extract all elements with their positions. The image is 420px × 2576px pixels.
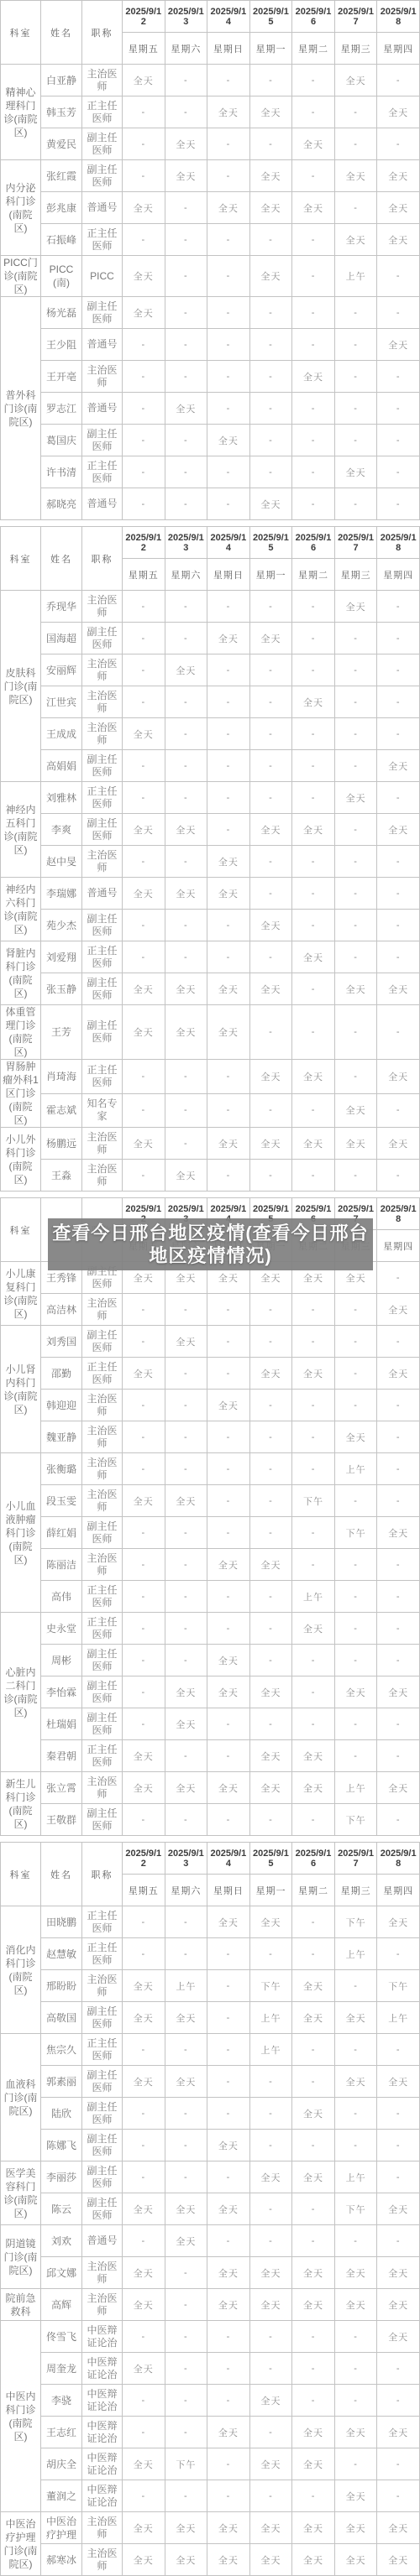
schedule-cell: - — [207, 361, 250, 393]
schedule-cell: 全天 — [334, 2417, 377, 2448]
schedule-cell: - — [377, 718, 420, 750]
schedule-cell: - — [249, 1453, 292, 1485]
doctor-title-cell: 副主任医师 — [82, 297, 123, 329]
schedule-cell: - — [123, 1517, 165, 1549]
schedule-cell: - — [249, 1326, 292, 1358]
schedule-cell: - — [334, 2353, 377, 2385]
schedule-cell: - — [123, 128, 165, 160]
date-header: 2025/9/12 — [123, 527, 165, 559]
schedule-cell: - — [377, 941, 420, 973]
schedule-cell: - — [292, 456, 335, 488]
schedule-cell: 全天 — [377, 329, 420, 361]
schedule-cell: - — [165, 425, 207, 456]
schedule-cell: 全天 — [249, 814, 292, 846]
doctor-name-cell: 王芳 — [41, 1005, 82, 1060]
doctor-title-text: 副主任医师 — [84, 164, 120, 189]
doctor-name-cell: 高洁林 — [41, 1294, 82, 1326]
doctor-title-text: 正主任医师 — [84, 1942, 120, 1967]
doctor-title-cell: 正主任医师 — [82, 1358, 123, 1390]
doctor-title-cell: 普通号 — [82, 488, 123, 520]
doctor-name-cell: 佟雪飞 — [41, 2321, 82, 2353]
schedule-cell: 全天 — [123, 297, 165, 329]
schedule-cell: - — [292, 2130, 335, 2161]
schedule-cell: 全天 — [165, 2066, 207, 2098]
schedule-cell: - — [292, 910, 335, 941]
doctor-row: 高娟娟副主任医师------全天 — [1, 750, 420, 782]
doctor-name-cell: 许书清 — [41, 456, 82, 488]
doctor-title-text: 中医辩证论治 — [84, 2420, 120, 2445]
schedule-cell: - — [207, 814, 250, 846]
schedule-cell: - — [249, 686, 292, 718]
doctor-title-cell: 副主任医师 — [82, 1326, 123, 1358]
date-header: 2025/9/15 — [249, 527, 292, 559]
doctor-row: 皮肤科门诊(南院区)乔现华主治医师-----全天- — [1, 591, 420, 623]
schedule-cell: - — [123, 1938, 165, 1970]
schedule-cell: - — [377, 2098, 420, 2130]
schedule-cell: - — [207, 128, 250, 160]
schedule-cell: 全天 — [334, 1421, 377, 1453]
schedule-cell: - — [377, 361, 420, 393]
schedule-cell: 全天 — [377, 1517, 420, 1549]
doctor-row: 体重管理门诊(南院区)王芳副主任医师全天全天全天---- — [1, 1005, 420, 1060]
doctor-name-cell: 周彬 — [41, 1645, 82, 1676]
schedule-cell: - — [292, 1938, 335, 1970]
schedule-cell: 全天 — [334, 1093, 377, 1128]
weekday-header: 星期六 — [165, 33, 207, 65]
doctor-title-cell: 副主任医师 — [82, 160, 123, 192]
doctor-title-cell: 副主任医师 — [82, 128, 123, 160]
doctor-name-cell: 王少阻 — [41, 329, 82, 361]
schedule-cell: - — [123, 623, 165, 654]
schedule-cell: 全天 — [292, 1358, 335, 1390]
doctor-name-cell: 赵中旻 — [41, 846, 82, 878]
schedule-cell: - — [207, 65, 250, 96]
doctor-title-text: 中医辩证论治 — [84, 2356, 120, 2381]
schedule-cell: - — [292, 623, 335, 654]
weekday-header: 星期三 — [334, 559, 377, 591]
schedule-cell: - — [165, 1453, 207, 1485]
schedule-cell: 全天 — [292, 1060, 335, 1094]
schedule-cell: - — [292, 1005, 335, 1060]
schedule-cell: - — [165, 941, 207, 973]
date-header: 2025/9/13 — [165, 1843, 207, 1875]
doctor-name-cell: 胡庆全 — [41, 2448, 82, 2480]
schedule-cell: 全天 — [165, 2225, 207, 2257]
schedule-cell: - — [249, 2193, 292, 2225]
doctor-title-text: 副主任医师 — [84, 428, 120, 453]
schedule-cell: - — [249, 941, 292, 973]
doctor-title-cell: 副主任医师 — [82, 814, 123, 846]
schedule-cell: - — [334, 329, 377, 361]
schedule-cell: 全天 — [165, 393, 207, 425]
doctor-title-text: 主治医师 — [84, 690, 120, 715]
schedule-cell: - — [249, 2321, 292, 2353]
schedule-cell: 全天 — [207, 1906, 250, 1938]
schedule-cell: - — [377, 846, 420, 878]
doctor-title-text: 副主任医师 — [84, 2101, 120, 2126]
doctor-name-cell: 刘秀国 — [41, 1326, 82, 1358]
doctor-title-cell: 普通号 — [82, 2225, 123, 2257]
schedule-cell: 全天 — [249, 910, 292, 941]
schedule-cell: - — [334, 128, 377, 160]
doctor-title-text: 主治医师 — [84, 2261, 120, 2286]
doctor-title-cell: 主治医师 — [82, 591, 123, 623]
doctor-title-cell: 副主任医师 — [82, 2161, 123, 2193]
schedule-cell: - — [377, 65, 420, 96]
doctor-name-cell: 周奎龙 — [41, 2353, 82, 2385]
schedule-cell: 全天 — [165, 1772, 207, 1804]
doctor-row: 李骁中医辩证论治---全天--- — [1, 2385, 420, 2417]
schedule-cell: 全天 — [377, 2193, 420, 2225]
doctor-title-cell: 副主任医师 — [82, 910, 123, 941]
doctor-name-cell: 张红霞 — [41, 160, 82, 192]
schedule-cell: - — [207, 1581, 250, 1613]
schedule-cell: - — [123, 2480, 165, 2512]
weekday-header: 星期一 — [249, 559, 292, 591]
schedule-cell: - — [165, 2161, 207, 2193]
schedule-cell: - — [165, 1358, 207, 1390]
header-title-label: 职称 — [82, 527, 123, 591]
schedule-cell: - — [207, 393, 250, 425]
schedule-cell: - — [123, 2321, 165, 2353]
schedule-cell: - — [292, 1708, 335, 1740]
schedule-cell: - — [123, 456, 165, 488]
doctor-title-cell: 主治医师 — [82, 654, 123, 686]
doctor-title-cell: 中医辩证论治 — [82, 2448, 123, 2480]
department-cell: 胃肠肿瘤外科1区门诊(南院区) — [1, 1060, 41, 1128]
schedule-cell: - — [123, 361, 165, 393]
schedule-cell: - — [165, 2417, 207, 2448]
schedule-cell: - — [207, 1613, 250, 1645]
date-header: 2025/9/17 — [334, 527, 377, 559]
doctor-row: 王志红中医辩证论治--全天-全天全天全天 — [1, 2417, 420, 2448]
schedule-cell: 全天 — [165, 1708, 207, 1740]
department-cell: 医学美容科门诊(南院区) — [1, 2161, 41, 2225]
schedule-cell: - — [165, 2034, 207, 2066]
doctor-title-cell: 主治医师 — [82, 1772, 123, 1804]
doctor-name-cell: 国海超 — [41, 623, 82, 654]
doctor-name-cell: 中医治疗护理 — [41, 2512, 82, 2544]
doctor-row: 邢盼盼主治医师全天上午-下午全天-下午 — [1, 1970, 420, 2002]
doctor-row: 神经内五科门诊(南院区)刘雅林正主任医师-----全天- — [1, 782, 420, 814]
schedule-cell: - — [207, 2161, 250, 2193]
doctor-row: 董润之中医辩证论治-----全天- — [1, 2480, 420, 2512]
doctor-title-cell: 正主任医师 — [82, 456, 123, 488]
schedule-cell: - — [207, 718, 250, 750]
doctor-row: 王淼主治医师-全天----- — [1, 1160, 420, 1192]
doctor-row: 陈云副主任医师全天全天全天--下午全天 — [1, 2193, 420, 2225]
doctor-row: 葛国庆副主任医师--全天---- — [1, 425, 420, 456]
schedule-cell: - — [123, 160, 165, 192]
doctor-row: 陈娜飞副主任医师--全天---- — [1, 2130, 420, 2161]
doctor-title-cell: 主治医师 — [82, 2257, 123, 2289]
schedule-cell: - — [377, 2353, 420, 2385]
schedule-cell: 全天 — [249, 2512, 292, 2544]
doctor-row: 陆欣副主任医师----全天-- — [1, 2098, 420, 2130]
doctor-title-text: 主治医师 — [84, 1131, 120, 1156]
department-cell: 肾脏内科门诊(南院区) — [1, 941, 41, 1005]
schedule-cell: - — [165, 910, 207, 941]
doctor-title-text: 副主任医师 — [84, 1648, 120, 1673]
doctor-name-cell: 张衡璐 — [41, 1453, 82, 1485]
schedule-table-3: 科室姓名职称2025/9/122025/9/132025/9/142025/9/… — [0, 1197, 420, 1836]
schedule-cell: - — [249, 1517, 292, 1549]
doctor-title-text: 副主任医师 — [84, 1019, 120, 1045]
schedule-cell: - — [377, 1804, 420, 1836]
schedule-cell: - — [207, 2225, 250, 2257]
doctor-name-cell: 王淼 — [41, 1160, 82, 1192]
doctor-name-cell: 段玉雯 — [41, 1485, 82, 1517]
schedule-cell: - — [292, 654, 335, 686]
doctor-title-text: 主治医师 — [84, 68, 120, 93]
schedule-cell: - — [123, 329, 165, 361]
schedule-page: 科室姓名职称2025/9/122025/9/132025/9/142025/9/… — [0, 0, 420, 2576]
schedule-cell: - — [207, 456, 250, 488]
doctor-title-cell: 副主任医师 — [82, 1517, 123, 1549]
doctor-row: 普外科门诊(南院区)杨光磊副主任医师全天------ — [1, 297, 420, 329]
schedule-cell: - — [123, 1645, 165, 1676]
schedule-cell: - — [377, 1390, 420, 1421]
schedule-cell: - — [123, 2098, 165, 2130]
schedule-cell: - — [377, 1485, 420, 1517]
doctor-row: 段玉雯主治医师全天全天--下午-- — [1, 1485, 420, 1517]
department-cell: 小儿外科门诊(南院区) — [1, 1128, 41, 1192]
schedule-cell: - — [207, 1093, 250, 1128]
schedule-cell: 上午 — [334, 1772, 377, 1804]
doctor-row: 许书清正主任医师-----全天- — [1, 456, 420, 488]
schedule-cell: - — [207, 2385, 250, 2417]
schedule-cell: - — [207, 750, 250, 782]
schedule-cell: 下午 — [292, 1485, 335, 1517]
schedule-cell: - — [165, 750, 207, 782]
schedule-cell: - — [249, 393, 292, 425]
schedule-cell: - — [165, 1938, 207, 1970]
schedule-cell: 全天 — [292, 2448, 335, 2480]
schedule-cell: - — [377, 1645, 420, 1676]
schedule-cell: 全天 — [377, 1906, 420, 1938]
schedule-cell: 全天 — [292, 361, 335, 393]
schedule-cell: 全天 — [377, 814, 420, 846]
doctor-title-text: 主治医师 — [84, 849, 120, 874]
schedule-cell: - — [377, 1326, 420, 1358]
doctor-row: 杜瑞娟副主任医师-全天----- — [1, 1708, 420, 1740]
schedule-cell: 全天 — [207, 96, 250, 128]
doctor-title-text: 副主任医师 — [84, 1329, 120, 1354]
schedule-cell: 全天 — [292, 686, 335, 718]
schedule-cell: - — [165, 591, 207, 623]
doctor-title-text: 中医辩证论治 — [84, 2484, 120, 2509]
schedule-cell: - — [123, 686, 165, 718]
weekday-header: 星期一 — [249, 33, 292, 65]
schedule-cell: - — [165, 1906, 207, 1938]
schedule-cell: - — [377, 1262, 420, 1294]
schedule-cell: - — [123, 393, 165, 425]
schedule-cell: 全天 — [249, 2448, 292, 2480]
schedule-cell: - — [249, 782, 292, 814]
epidemic-info-overlay-link[interactable]: 查看今日邢台地区疫情(查看今日邢台 地区疫情情况) — [48, 1218, 373, 1270]
schedule-cell: - — [165, 1390, 207, 1421]
schedule-cell: - — [207, 2321, 250, 2353]
doctor-title-text: 副主任医师 — [84, 1680, 120, 1705]
schedule-cell: - — [123, 2034, 165, 2066]
schedule-cell: - — [249, 2225, 292, 2257]
doctor-title-cell: 普通号 — [82, 329, 123, 361]
doctor-row: 邵勤正主任医师全天--全天全天-全天 — [1, 1358, 420, 1390]
schedule-cell: - — [207, 1060, 250, 1094]
schedule-cell: - — [123, 910, 165, 941]
schedule-cell: - — [207, 2448, 250, 2480]
doctor-row: 苑少杰副主任医师---全天--- — [1, 910, 420, 941]
schedule-cell: - — [292, 297, 335, 329]
schedule-cell: - — [249, 1160, 292, 1192]
schedule-cell: 全天 — [165, 160, 207, 192]
schedule-cell: 全天 — [249, 96, 292, 128]
schedule-cell: - — [207, 591, 250, 623]
schedule-cell: - — [249, 2417, 292, 2448]
doctor-name-cell: 田晓鹏 — [41, 1906, 82, 1938]
department-cell: 皮肤科门诊(南院区) — [1, 591, 41, 782]
doctor-title-text: 正主任医师 — [84, 945, 120, 970]
doctor-name-cell: 王志红 — [41, 2417, 82, 2448]
schedule-cell: - — [249, 1708, 292, 1740]
doctor-row: 精神心理科门诊(南院区)白亚静主治医师全天----全天- — [1, 65, 420, 96]
department-cell: 心脏内二科门诊(南院区) — [1, 1613, 41, 1772]
doctor-row: 高洁林主治医师------全天 — [1, 1294, 420, 1326]
header-dept-label: 科室 — [1, 1, 41, 65]
schedule-cell: - — [165, 1581, 207, 1613]
doctor-row: 神经内六科门诊(南院区)李瑞娜普通号全天全天全天---- — [1, 878, 420, 910]
schedule-cell: 全天 — [207, 2417, 250, 2448]
schedule-cell: - — [292, 1906, 335, 1938]
schedule-cell: 全天 — [377, 1772, 420, 1804]
schedule-cell: - — [334, 1485, 377, 1517]
doctor-title-text: 主治医师 — [84, 1393, 120, 1418]
doctor-row: 王开亳主治医师----全天-- — [1, 361, 420, 393]
schedule-cell: - — [334, 1294, 377, 1326]
doctor-name-cell: 郝寒冰 — [41, 2544, 82, 2576]
doctor-title-cell: 知名专家 — [82, 1093, 123, 1128]
schedule-cell: - — [377, 878, 420, 910]
doctor-name-cell: 肖琦海 — [41, 1060, 82, 1094]
schedule-cell: 全天 — [207, 973, 250, 1005]
doctor-name-cell: 焦宗久 — [41, 2034, 82, 2066]
schedule-cell: - — [123, 2417, 165, 2448]
schedule-cell: - — [207, 1326, 250, 1358]
schedule-cell: - — [123, 1294, 165, 1326]
doctor-row: 小儿肾内科门诊(南院区)刘秀国副主任医师-全天----- — [1, 1326, 420, 1358]
schedule-cell: 全天 — [123, 192, 165, 224]
weekday-header: 星期一 — [249, 1875, 292, 1906]
schedule-cell: 全天 — [292, 1970, 335, 2002]
schedule-cell: - — [165, 65, 207, 96]
schedule-cell: 全天 — [292, 1772, 335, 1804]
doctor-title-text: 副主任医师 — [84, 2133, 120, 2158]
schedule-cell: - — [292, 256, 335, 297]
schedule-cell: - — [377, 2385, 420, 2417]
schedule-cell: 全天 — [334, 782, 377, 814]
date-header: 2025/9/13 — [165, 527, 207, 559]
schedule-cell: - — [292, 1804, 335, 1836]
schedule-table-1: 科室姓名职称2025/9/122025/9/132025/9/142025/9/… — [0, 0, 420, 520]
doctor-row: 心脏内二科门诊(南院区)史永堂正主任医师----全天-- — [1, 1613, 420, 1645]
schedule-cell: - — [249, 128, 292, 160]
schedule-cell: - — [165, 1740, 207, 1772]
doctor-row: 高敬国副主任医师全天全天-上午全天全天上午 — [1, 2002, 420, 2034]
schedule-cell: 全天 — [292, 2289, 335, 2321]
schedule-cell: - — [123, 1390, 165, 1421]
doctor-name-cell: 高辉 — [41, 2289, 82, 2321]
schedule-cell: - — [207, 224, 250, 256]
schedule-cell: 全天 — [292, 128, 335, 160]
doctor-row: 罗志江普通号-全天----- — [1, 393, 420, 425]
doctor-row: 张玉静副主任医师全天全天全天全天-全天全天 — [1, 973, 420, 1005]
schedule-cell: 全天 — [123, 1970, 165, 2002]
weekday-header: 星期二 — [292, 33, 335, 65]
schedule-cell: - — [165, 1549, 207, 1581]
schedule-cell: - — [249, 1645, 292, 1676]
doctor-title-text: 副主任医师 — [84, 2069, 120, 2094]
doctor-row: 国海超副主任医师--全天全天--- — [1, 623, 420, 654]
doctor-row: 王敬群副主任医师-----下午- — [1, 1804, 420, 1836]
schedule-cell: - — [377, 488, 420, 520]
doctor-row: 魏亚静主治医师-----全天- — [1, 1421, 420, 1453]
schedule-cell: 全天 — [377, 1676, 420, 1708]
doctor-name-cell: 李瑞娜 — [41, 878, 82, 910]
schedule-cell: - — [377, 2130, 420, 2161]
doctor-title-text: 主治医师 — [84, 1425, 120, 1450]
schedule-cell: - — [123, 1326, 165, 1358]
schedule-cell: 下午 — [334, 2193, 377, 2225]
doctor-title-cell: 中医辩证论治 — [82, 2321, 123, 2353]
schedule-cell: - — [207, 2480, 250, 2512]
schedule-cell: - — [249, 2480, 292, 2512]
schedule-cell: - — [292, 2034, 335, 2066]
department-cell: 新生儿科门诊(南院区) — [1, 1772, 41, 1836]
schedule-cell: 全天 — [207, 1676, 250, 1708]
schedule-cell: 全天 — [334, 973, 377, 1005]
doctor-title-cell: 主治医师 — [82, 1421, 123, 1453]
doctor-title-text: 正主任医师 — [84, 460, 120, 485]
doctor-title-text: 正主任医师 — [84, 1064, 120, 1089]
date-header: 2025/9/17 — [334, 1, 377, 33]
doctor-name-cell: 王开亳 — [41, 361, 82, 393]
schedule-cell: - — [334, 750, 377, 782]
doctor-row: 韩迎迎主治医师--全天---- — [1, 1390, 420, 1421]
schedule-cell: 上午 — [377, 2002, 420, 2034]
schedule-cell: 全天 — [123, 1358, 165, 1390]
doctor-name-cell: 黄爱民 — [41, 128, 82, 160]
schedule-cell: - — [334, 1005, 377, 1060]
doctor-name-cell: 王成成 — [41, 718, 82, 750]
schedule-cell: - — [377, 1160, 420, 1192]
doctor-name-cell: 韩迎迎 — [41, 1390, 82, 1421]
schedule-cell: - — [207, 297, 250, 329]
header-title-label: 职称 — [82, 1, 123, 65]
schedule-cell: 下午 — [377, 1970, 420, 2002]
doctor-title-cell: PICC — [82, 256, 123, 297]
schedule-cell: - — [207, 941, 250, 973]
doctor-row: 陈丽洁主治医师--全天全天--- — [1, 1549, 420, 1581]
schedule-cell: - — [334, 1390, 377, 1421]
schedule-cell: 全天 — [207, 425, 250, 456]
schedule-cell: 全天 — [377, 1060, 420, 1094]
schedule-cell: - — [207, 686, 250, 718]
schedule-cell: - — [249, 1294, 292, 1326]
schedule-cell: - — [207, 1485, 250, 1517]
department-cell: 体重管理门诊(南院区) — [1, 1005, 41, 1060]
schedule-cell: 全天 — [377, 2544, 420, 2576]
doctor-title-cell: 主治医师 — [82, 1453, 123, 1485]
